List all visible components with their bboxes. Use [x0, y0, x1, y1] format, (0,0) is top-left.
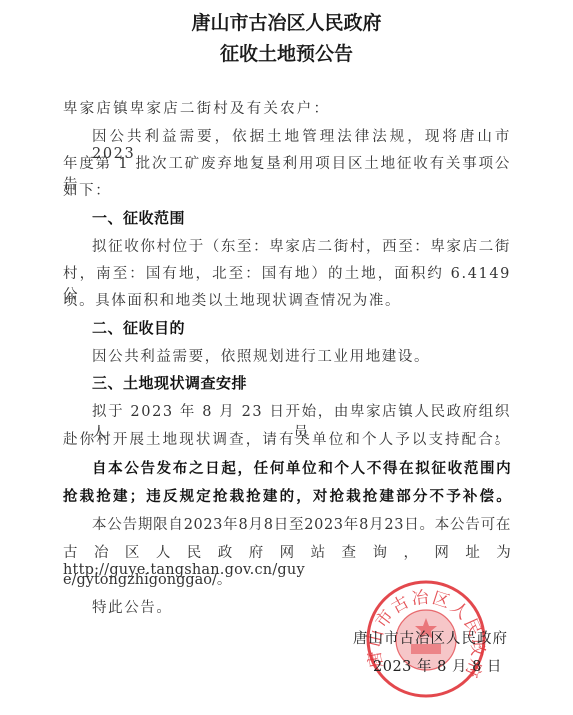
section-heading-survey: 三、土地现状调查安排: [92, 372, 511, 393]
scope-line-1: 拟征收你村位于（东至：卑家店二街村，西至：卑家店二街: [92, 235, 511, 256]
addressee: 卑家店镇卑家店二街村及有关农户：: [63, 97, 511, 118]
document-title-subject: 征收土地预公告: [0, 39, 573, 66]
warning-line-2: 抢栽抢建；违反规定抢栽抢建的，对抢栽抢建部分不予补偿。: [63, 485, 511, 506]
purpose-line-1: 因公共利益需要，依照规划进行工业用地建设。: [92, 345, 511, 366]
signature-date: 2023 年 8 月 8 日: [373, 655, 502, 676]
period-line-1: 本公告期限自2023年8月8日至2023年8月23日。本公告可在: [92, 513, 511, 534]
survey-line-2: 赴你村开展土地现状调查，请有关单位和个人予以支持配合。: [63, 428, 511, 449]
section-heading-scope: 一、征收范围: [92, 207, 511, 228]
document-title-issuer: 唐山市古冶区人民政府: [0, 8, 573, 35]
warning-line-1: 自本公告发布之日起，任何单位和个人不得在拟征收范围内: [92, 457, 511, 478]
signature-issuer: 唐山市古冶区人民政府: [353, 627, 508, 648]
section-heading-purpose: 二、征收目的: [92, 317, 511, 338]
intro-line-3: 如下：: [63, 179, 511, 200]
scope-line-3: 顷。具体面积和地类以土地现状调查情况为准。: [63, 289, 511, 310]
